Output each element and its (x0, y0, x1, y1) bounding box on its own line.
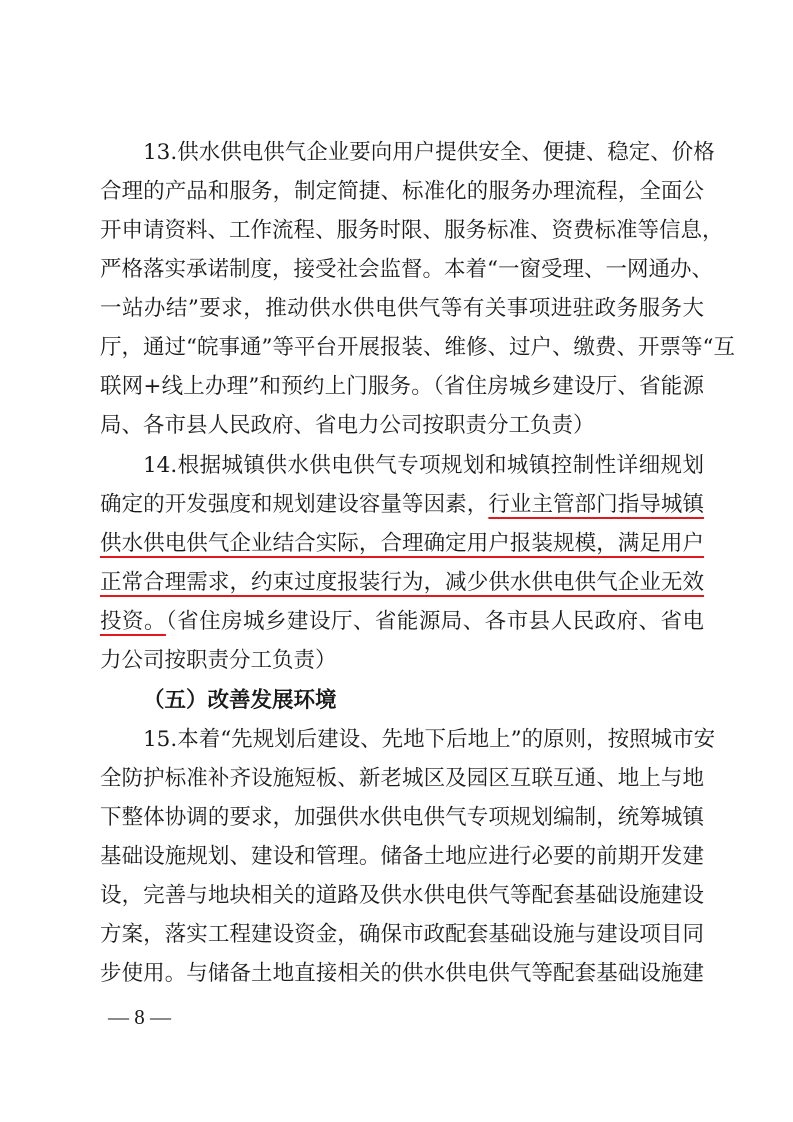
paragraph-13-line-8: 局、各市县人民政府、省电力公司按职责分工负责） (100, 413, 704, 439)
paragraph-13-line-1: 13.供水供电供气企业要向用户提供安全、便捷、稳定、价格 (143, 140, 704, 166)
paragraph-15-line-7: 步使用。与储备土地直接相关的供水供电供气等配套基础设施建 (100, 961, 704, 987)
red-underlined-text: 正常合理需求，约束过度报装行为，减少供水供电供气企业无效 (100, 570, 704, 595)
paragraph-14-line-6: 力公司按职责分工负责） (100, 648, 704, 674)
paragraph-14-line-1: 14.根据城镇供水供电供气专项规划和城镇控制性详细规划 (143, 453, 704, 479)
document-page: 13.供水供电供气企业要向用户提供安全、便捷、稳定、价格 合理的产品和服务，制定… (0, 0, 793, 1122)
paragraph-14-line-5: 投资。（省住房城乡建设厅、省能源局、各市县人民政府、省电 (100, 609, 704, 635)
paragraph-13-line-5: 一站办结”要求，推动供水供电供气等有关事项进驻政务服务大 (100, 296, 704, 322)
plain-text: （省住房城乡建设厅、省能源局、各市县人民政府、省电 (166, 609, 704, 634)
paragraph-13-line-7: 联网+线上办理”和预约上门服务。（省住房城乡建设厅、省能源 (100, 374, 704, 400)
paragraph-15-line-4: 基础设施规划、建设和管理。储备土地应进行必要的前期开发建 (100, 844, 704, 870)
paragraph-15-line-3: 下整体协调的要求，加强供水供电供气专项规划编制，统筹城镇 (100, 805, 704, 831)
paragraph-13-line-2: 合理的产品和服务，制定简捷、标准化的服务办理流程，全面公 (100, 179, 704, 205)
paragraph-15-line-2: 全防护标准补齐设施短板、新老城区及园区互联互通、地上与地 (100, 766, 704, 792)
red-underlined-text: 行业主管部门指导城镇 (488, 492, 704, 517)
paragraph-15-line-5: 设，完善与地块相关的道路及供水供电供气等配套基础设施建设 (100, 883, 704, 909)
page-number: — 8 — (108, 1004, 171, 1030)
paragraph-14-line-3: 供水供电供气企业结合实际，合理确定用户报装规模，满足用户 (100, 531, 704, 557)
paragraph-13-line-3: 开申请资料、工作流程、服务时限、服务标准、资费标准等信息， (100, 218, 704, 244)
paragraph-14-line-4: 正常合理需求，约束过度报装行为，减少供水供电供气企业无效 (100, 570, 704, 596)
paragraph-13-line-6: 厅，通过“皖事通”等平台开展报装、维修、过户、缴费、开票等“互 (100, 335, 704, 361)
paragraph-13-line-4: 严格落实承诺制度，接受社会监督。本着“一窗受理、一网通办、 (100, 257, 704, 283)
paragraph-15-line-1: 15.本着“先规划后建设、先地下后地上”的原则，按照城市安 (143, 727, 704, 753)
red-underlined-text: 投资。 (100, 609, 166, 634)
paragraph-14-line-2: 确定的开发强度和规划建设容量等因素，行业主管部门指导城镇 (100, 492, 704, 518)
red-underlined-text: 供水供电供气企业结合实际，合理确定用户报装规模，满足用户 (100, 531, 704, 556)
plain-text: 确定的开发强度和规划建设容量等因素， (100, 492, 488, 517)
section-heading: （五）改善发展环境 (143, 688, 704, 714)
paragraph-15-line-6: 方案，落实工程建设资金，确保市政配套基础设施与建设项目同 (100, 922, 704, 948)
